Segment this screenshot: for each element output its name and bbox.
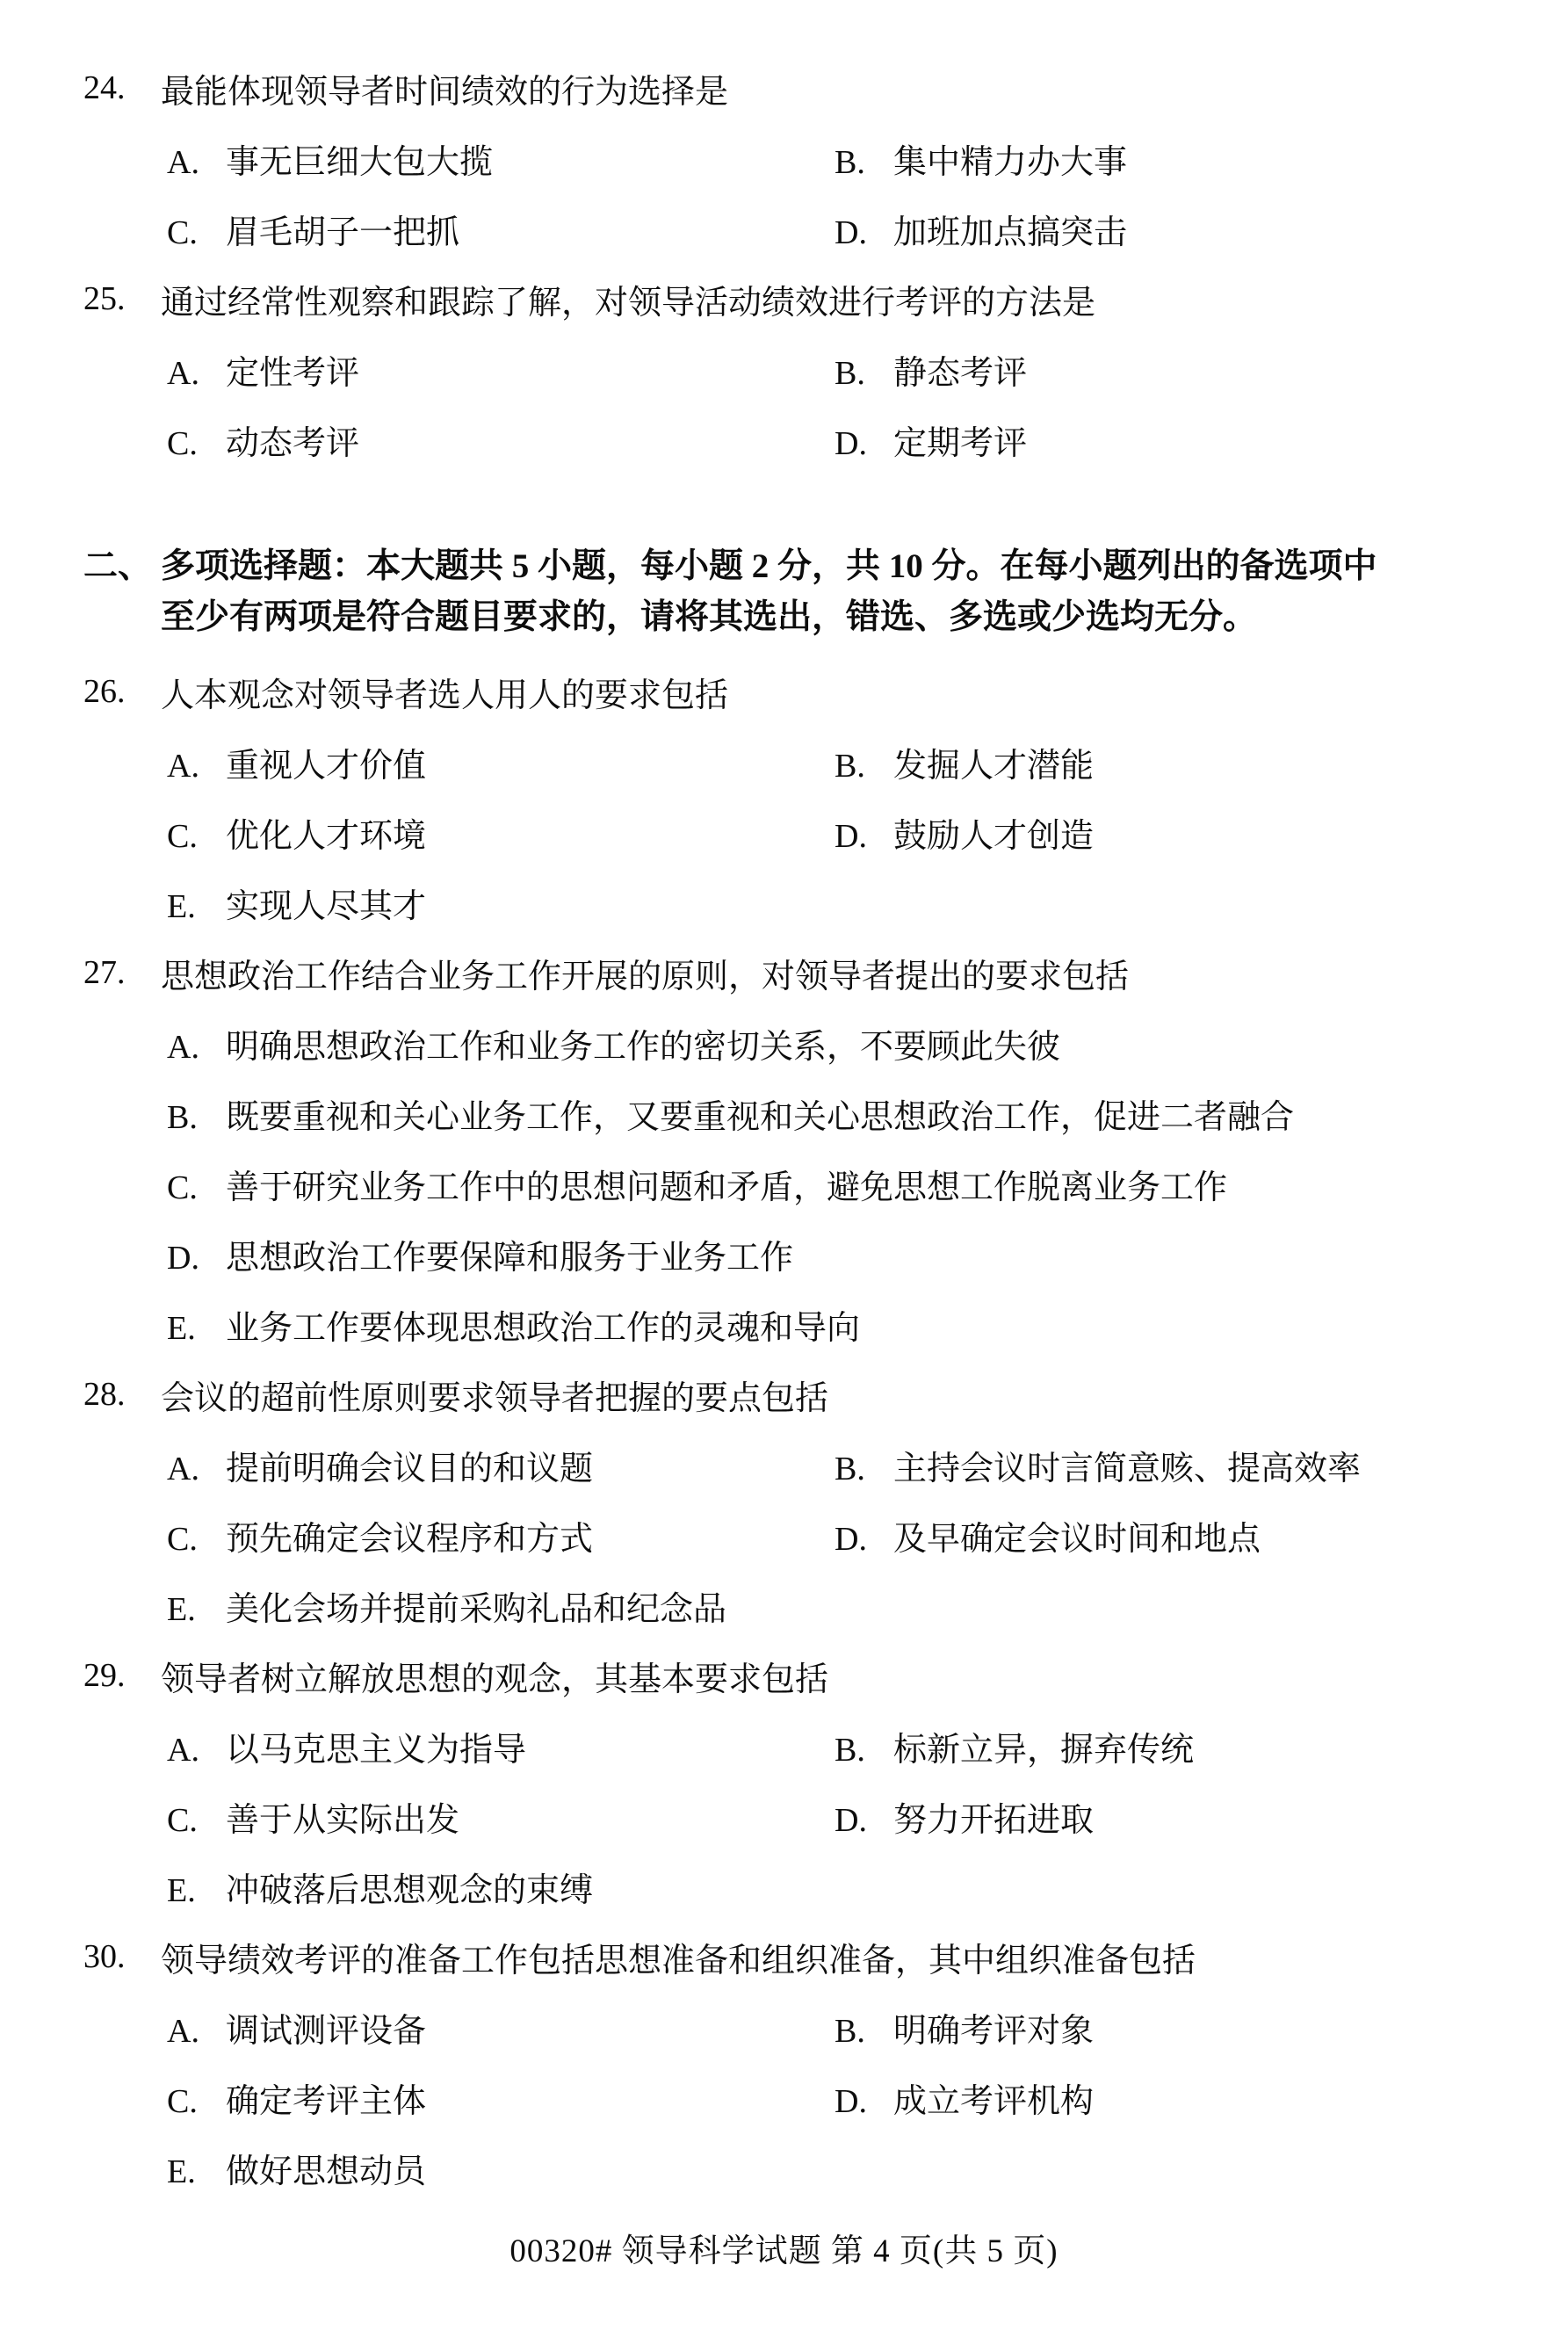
question-29-option-b: B. 标新立异，摒弃传统 xyxy=(835,1722,1194,1770)
option-text: 冲破落后思想观念的束缚 xyxy=(226,1863,593,1911)
question-30-options-row-3: E. 做好思想动员 xyxy=(0,2132,1568,2203)
question-24-option-a: A. 事无巨细大包大揽 xyxy=(167,134,835,183)
page-footer: 00320# 领导科学试题 第 4 页(共 5 页) xyxy=(0,2224,1568,2271)
question-30-option-e: E. 做好思想动员 xyxy=(167,2144,835,2192)
option-label: E. xyxy=(167,2153,226,2191)
question-26-option-e: E. 实现人尽其才 xyxy=(167,879,835,927)
question-29-number: 29. xyxy=(83,1656,161,1695)
question-25-text: 通过经常性观察和跟踪了解，对领导活动绩效进行考评的方法是 xyxy=(161,275,1095,323)
option-text: 确定考评主体 xyxy=(226,2073,426,2122)
question-30-option-d: D. 成立考评机构 xyxy=(835,2073,1094,2122)
question-28-options-row-3: E. 美化会场并提前采购礼品和纪念品 xyxy=(0,1570,1568,1640)
question-29-option-d: D. 努力开拓进取 xyxy=(835,1792,1094,1841)
option-text: 善于研究业务工作中的思想问题和矛盾，避免思想工作脱离业务工作 xyxy=(226,1160,1227,1208)
option-label: A. xyxy=(167,1731,226,1769)
question-29-options-row-2: C. 善于从实际出发 D. 努力开拓进取 xyxy=(0,1781,1568,1851)
option-label: C. xyxy=(167,1801,226,1840)
question-26-option-b: B. 发掘人才潜能 xyxy=(835,738,1094,786)
option-text: 美化会场并提前采购礼品和纪念品 xyxy=(226,1581,726,1630)
question-25-options-row-1: A. 定性考评 B. 静态考评 xyxy=(0,334,1568,404)
option-text: 实现人尽其才 xyxy=(226,879,426,927)
option-label: C. xyxy=(167,213,226,252)
option-label: B. xyxy=(835,2012,893,2051)
exam-page: 24. 最能体现领导者时间绩效的行为选择是 A. 事无巨细大包大揽 B. 集中精… xyxy=(0,0,1568,2352)
option-label: D. xyxy=(835,1801,893,1840)
option-text: 既要重视和关心业务工作，又要重视和关心思想政治工作，促进二者融合 xyxy=(226,1089,1294,1138)
question-26-text: 人本观念对领导者选人用人的要求包括 xyxy=(161,668,728,716)
question-29: 29. 领导者树立解放思想的观念，其基本要求包括 xyxy=(0,1640,1568,1711)
question-25-option-d: D. 定期考评 xyxy=(835,416,1027,464)
option-label: B. xyxy=(835,747,893,785)
option-label: B. xyxy=(167,1098,226,1137)
option-text: 鼓励人才创造 xyxy=(893,808,1094,857)
question-29-options-row-1: A. 以马克思主义为指导 B. 标新立异，摒弃传统 xyxy=(0,1711,1568,1781)
section-2-instructions-line-2: 至少有两项是符合题目要求的，请将其选出，错选、多选或少选均无分。 xyxy=(161,592,1568,643)
option-label: E. xyxy=(167,1309,226,1348)
question-25-option-c: C. 动态考评 xyxy=(167,416,835,464)
option-label: B. xyxy=(835,1731,893,1769)
option-label: E. xyxy=(167,887,226,926)
option-label: C. xyxy=(167,2082,226,2121)
option-label: B. xyxy=(835,1450,893,1488)
option-label: B. xyxy=(835,354,893,393)
question-28-option-e: E. 美化会场并提前采购礼品和纪念品 xyxy=(167,1581,835,1630)
question-25-option-a: A. 定性考评 xyxy=(167,345,835,394)
question-28: 28. 会议的超前性原则要求领导者把握的要点包括 xyxy=(0,1359,1568,1429)
question-29-option-e: E. 冲破落后思想观念的束缚 xyxy=(167,1863,835,1911)
question-27-option-b: B. 既要重视和关心业务工作，又要重视和关心思想政治工作，促进二者融合 xyxy=(167,1089,1294,1138)
question-26-option-a: A. 重视人才价值 xyxy=(167,738,835,786)
option-text: 事无巨细大包大揽 xyxy=(226,134,493,183)
option-label: A. xyxy=(167,1450,226,1488)
question-26-options-row-3: E. 实现人尽其才 xyxy=(0,867,1568,937)
option-text: 预先确定会议程序和方式 xyxy=(226,1511,593,1560)
question-27-option-b-row: B. 既要重视和关心业务工作，又要重视和关心思想政治工作，促进二者融合 xyxy=(0,1078,1568,1148)
question-27-number: 27. xyxy=(83,953,161,992)
question-27-option-e-row: E. 业务工作要体现思想政治工作的灵魂和导向 xyxy=(0,1289,1568,1359)
question-28-options-row-2: C. 预先确定会议程序和方式 D. 及早确定会议时间和地点 xyxy=(0,1500,1568,1570)
section-2-questions: 26. 人本观念对领导者选人用人的要求包括 A. 重视人才价值 B. 发掘人才潜… xyxy=(0,656,1568,2203)
question-24-option-d: D. 加班加点搞突击 xyxy=(835,205,1127,253)
question-27-text: 思想政治工作结合业务工作开展的原则，对领导者提出的要求包括 xyxy=(161,949,1129,997)
option-text: 成立考评机构 xyxy=(893,2073,1094,2122)
question-25-number: 25. xyxy=(83,279,161,318)
option-label: A. xyxy=(167,2012,226,2051)
option-text: 加班加点搞突击 xyxy=(893,205,1127,253)
question-30-number: 30. xyxy=(83,1937,161,1976)
question-28-option-d: D. 及早确定会议时间和地点 xyxy=(835,1511,1261,1560)
option-text: 调试测评设备 xyxy=(226,2003,426,2052)
option-text: 定性考评 xyxy=(226,345,359,394)
option-text: 以马克思主义为指导 xyxy=(226,1722,526,1770)
option-text: 优化人才环境 xyxy=(226,808,426,857)
question-29-option-c: C. 善于从实际出发 xyxy=(167,1792,835,1841)
option-label: D. xyxy=(167,1239,226,1277)
option-text: 标新立异，摒弃传统 xyxy=(893,1722,1194,1770)
question-27-option-c-row: C. 善于研究业务工作中的思想问题和矛盾，避免思想工作脱离业务工作 xyxy=(0,1148,1568,1219)
question-26: 26. 人本观念对领导者选人用人的要求包括 xyxy=(0,656,1568,727)
option-label: A. xyxy=(167,747,226,785)
question-26-number: 26. xyxy=(83,672,161,711)
section-2-instructions: 多项选择题：本大题共 5 小题，每小题 2 分，共 10 分。在每小题列出的备选… xyxy=(161,541,1568,643)
section-2-instructions-line-1: 多项选择题：本大题共 5 小题，每小题 2 分，共 10 分。在每小题列出的备选… xyxy=(161,541,1568,592)
option-label: D. xyxy=(835,424,893,463)
option-text: 主持会议时言简意赅、提高效率 xyxy=(893,1441,1361,1489)
question-29-text: 领导者树立解放思想的观念，其基本要求包括 xyxy=(161,1652,828,1700)
option-label: D. xyxy=(835,817,893,856)
option-text: 努力开拓进取 xyxy=(893,1792,1094,1841)
option-text: 做好思想动员 xyxy=(226,2144,426,2192)
question-26-option-d: D. 鼓励人才创造 xyxy=(835,808,1094,857)
question-24-option-c: C. 眉毛胡子一把抓 xyxy=(167,205,835,253)
question-24-text: 最能体现领导者时间绩效的行为选择是 xyxy=(161,64,728,112)
question-24: 24. 最能体现领导者时间绩效的行为选择是 xyxy=(0,53,1568,123)
question-30-options-row-1: A. 调试测评设备 B. 明确考评对象 xyxy=(0,1992,1568,2062)
option-label: B. xyxy=(835,143,893,182)
option-label: E. xyxy=(167,1871,226,1910)
option-label: D. xyxy=(835,2082,893,2121)
question-24-options-row-2: C. 眉毛胡子一把抓 D. 加班加点搞突击 xyxy=(0,193,1568,264)
option-label: C. xyxy=(167,424,226,463)
question-30-option-c: C. 确定考评主体 xyxy=(167,2073,835,2122)
question-26-option-c: C. 优化人才环境 xyxy=(167,808,835,857)
question-27-option-e: E. 业务工作要体现思想政治工作的灵魂和导向 xyxy=(167,1300,860,1349)
option-text: 动态考评 xyxy=(226,416,359,464)
question-27-option-d: D. 思想政治工作要保障和服务于业务工作 xyxy=(167,1230,793,1278)
option-label: D. xyxy=(835,1520,893,1559)
option-text: 定期考评 xyxy=(893,416,1027,464)
question-30-option-a: A. 调试测评设备 xyxy=(167,2003,835,2052)
option-label: C. xyxy=(167,1520,226,1559)
option-text: 集中精力办大事 xyxy=(893,134,1127,183)
option-text: 善于从实际出发 xyxy=(226,1792,459,1841)
question-27-option-d-row: D. 思想政治工作要保障和服务于业务工作 xyxy=(0,1219,1568,1289)
option-text: 明确思想政治工作和业务工作的密切关系，不要顾此失彼 xyxy=(226,1019,1060,1067)
section-2-header: 二、 多项选择题：本大题共 5 小题，每小题 2 分，共 10 分。在每小题列出… xyxy=(0,541,1568,643)
question-30-text: 领导绩效考评的准备工作包括思想准备和组织准备，其中组织准备包括 xyxy=(161,1933,1196,1981)
option-text: 提前明确会议目的和议题 xyxy=(226,1441,593,1489)
option-label: C. xyxy=(167,817,226,856)
question-28-options-row-1: A. 提前明确会议目的和议题 B. 主持会议时言简意赅、提高效率 xyxy=(0,1429,1568,1500)
question-26-options-row-1: A. 重视人才价值 B. 发掘人才潜能 xyxy=(0,727,1568,797)
option-label: A. xyxy=(167,143,226,182)
option-text: 思想政治工作要保障和服务于业务工作 xyxy=(226,1230,793,1278)
question-25-options-row-2: C. 动态考评 D. 定期考评 xyxy=(0,404,1568,474)
question-28-text: 会议的超前性原则要求领导者把握的要点包括 xyxy=(161,1371,828,1419)
option-text: 眉毛胡子一把抓 xyxy=(226,205,459,253)
question-25-option-b: B. 静态考评 xyxy=(835,345,1027,394)
question-29-option-a: A. 以马克思主义为指导 xyxy=(167,1722,835,1770)
option-label: A. xyxy=(167,354,226,393)
question-28-number: 28. xyxy=(83,1375,161,1414)
question-27-option-a-row: A. 明确思想政治工作和业务工作的密切关系，不要顾此失彼 xyxy=(0,1008,1568,1078)
option-text: 发掘人才潜能 xyxy=(893,738,1094,786)
question-28-option-b: B. 主持会议时言简意赅、提高效率 xyxy=(835,1441,1361,1489)
question-30-option-b: B. 明确考评对象 xyxy=(835,2003,1094,2052)
option-label: E. xyxy=(167,1590,226,1629)
question-24-option-b: B. 集中精力办大事 xyxy=(835,134,1127,183)
option-text: 业务工作要体现思想政治工作的灵魂和导向 xyxy=(226,1300,860,1349)
option-label: D. xyxy=(835,213,893,252)
question-30: 30. 领导绩效考评的准备工作包括思想准备和组织准备，其中组织准备包括 xyxy=(0,1921,1568,1992)
question-27-option-a: A. 明确思想政治工作和业务工作的密切关系，不要顾此失彼 xyxy=(167,1019,1060,1067)
option-label: C. xyxy=(167,1169,226,1207)
option-text: 及早确定会议时间和地点 xyxy=(893,1511,1261,1560)
question-27: 27. 思想政治工作结合业务工作开展的原则，对领导者提出的要求包括 xyxy=(0,937,1568,1008)
question-25: 25. 通过经常性观察和跟踪了解，对领导活动绩效进行考评的方法是 xyxy=(0,264,1568,334)
question-29-options-row-3: E. 冲破落后思想观念的束缚 xyxy=(0,1851,1568,1921)
option-label: A. xyxy=(167,1028,226,1067)
question-24-number: 24. xyxy=(83,69,161,107)
section-2-number: 二、 xyxy=(83,541,161,643)
question-26-options-row-2: C. 优化人才环境 D. 鼓励人才创造 xyxy=(0,797,1568,867)
option-text: 明确考评对象 xyxy=(893,2003,1094,2052)
question-28-option-c: C. 预先确定会议程序和方式 xyxy=(167,1511,835,1560)
question-30-options-row-2: C. 确定考评主体 D. 成立考评机构 xyxy=(0,2062,1568,2132)
question-24-options-row-1: A. 事无巨细大包大揽 B. 集中精力办大事 xyxy=(0,123,1568,193)
question-27-option-c: C. 善于研究业务工作中的思想问题和矛盾，避免思想工作脱离业务工作 xyxy=(167,1160,1227,1208)
question-28-option-a: A. 提前明确会议目的和议题 xyxy=(167,1441,835,1489)
option-text: 重视人才价值 xyxy=(226,738,426,786)
option-text: 静态考评 xyxy=(893,345,1027,394)
